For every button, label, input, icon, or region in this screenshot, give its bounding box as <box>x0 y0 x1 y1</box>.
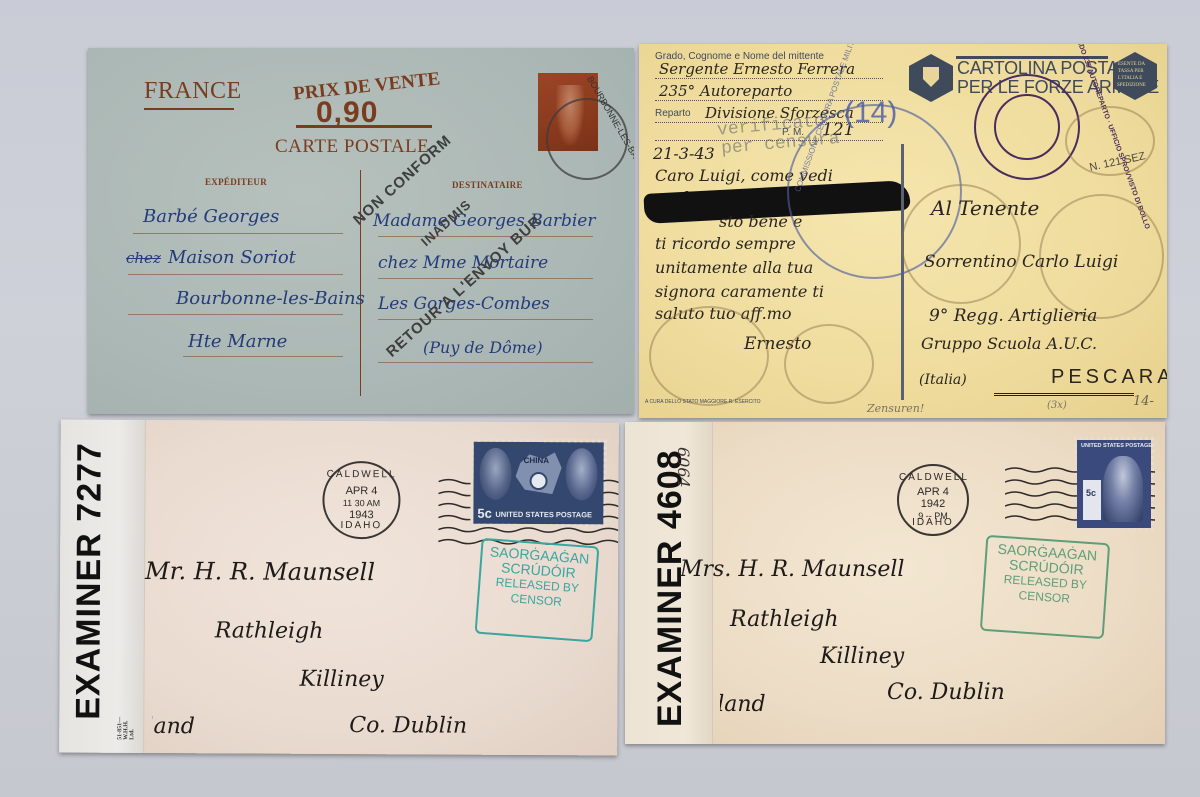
country-label: FRANCE <box>144 78 242 105</box>
recipient-city: PESCARA <box>1051 366 1167 389</box>
irish-censor-stamp: SAORĠAAĠAN SCRÚDÓIR RELEASED BY CENSOR <box>980 535 1110 639</box>
censored-envelope-1943: EXAMINER 7277 51-851—W.H.H. Ltd. CALDWEL… <box>59 420 619 756</box>
recipient-name: Sorrentino Carlo Luigi <box>924 252 1118 272</box>
sun-emblem-icon <box>530 472 548 490</box>
examiner-tape: EXAMINER 7277 51-851—W.H.H. Ltd. <box>59 420 146 753</box>
savoy-crest-icon <box>909 54 953 102</box>
value-tablet: 5c <box>1083 480 1101 520</box>
sender-region: Hte Marne <box>188 331 287 352</box>
printer-footer: A CURA DELLO STATO MAGGIORE R. ESERCITO <box>645 399 761 405</box>
recipient-care-of: chez Mme Mortaire <box>378 253 548 273</box>
address-name: Mrs. H. R. Maunsell <box>680 557 904 582</box>
stamp-value: 5c <box>477 506 492 521</box>
examiner-label: EXAMINER 7277 <box>69 442 109 720</box>
address-house: Rathleigh <box>215 618 324 644</box>
us-china-stamp: CHINA 5c UNITED STATES POSTAGE <box>473 442 603 525</box>
address-town: Killiney <box>299 667 383 692</box>
recipient-regiment: 9° Regg. Artiglieria <box>929 306 1097 326</box>
country-underline <box>144 108 234 110</box>
recipient-label: DESTINATAIRE <box>452 180 523 190</box>
pencil-number: 6064 <box>674 447 693 488</box>
portrait-icon <box>1103 456 1143 522</box>
address-name: Mr. H. R. Maunsell <box>145 557 375 586</box>
address-county: Co. Dublin <box>349 713 467 739</box>
sender-name: Sergente Ernesto Ferrera <box>659 60 855 78</box>
examiner-label: EXAMINER 4608 <box>651 449 690 727</box>
recipient-country: (Italia) <box>919 372 967 388</box>
card-title-line1: CARTOLINA POSTALE <box>957 58 1140 79</box>
card-divider <box>360 170 361 396</box>
pencil-note: (3x) <box>1047 400 1067 411</box>
examiner-tape: EXAMINER 4608 <box>625 422 713 744</box>
sender-unit: 235° Autoreparto <box>659 82 792 100</box>
recipient-title: Al Tenente <box>931 196 1039 220</box>
irish-censor-stamp: SAORĠAAĠAN SCRÚDÓIR RELEASED BY CENSOR <box>475 538 600 643</box>
message-line: unitamente alla tua <box>655 258 813 277</box>
sender-street: Maison Soriot <box>168 247 296 268</box>
french-postcard: FRANCE PRIX DE VENTE 0,90 CARTE POSTALE … <box>88 48 634 414</box>
stamp-country-label: UNITED STATES POSTAGE <box>495 510 592 520</box>
city-underline <box>994 393 1134 396</box>
card-title: CARTE POSTALE <box>275 136 429 158</box>
address-house: Rathleigh <box>730 607 839 632</box>
message-line: signora caramente ti <box>655 282 824 301</box>
caldwell-postmark: CALDWELL APR 4 11 30 AM 1943 IDAHO <box>322 461 400 539</box>
violet-unit-cancel: COMANDO 235 AUTOREPARTO · UFFICIO SPROVV… <box>974 74 1080 180</box>
caldwell-postmark: CALDWELL APR 4 1942 9 -- PM IDAHO <box>897 464 969 536</box>
address-line <box>128 314 343 315</box>
price-underline <box>296 125 432 128</box>
message-date: 21-3-43 <box>653 144 715 163</box>
censored-envelope-1942: EXAMINER 4608 6064 CALDWELL APR 4 1942 9… <box>625 422 1165 744</box>
address-town: Killiney <box>820 644 904 669</box>
address-county: Co. Dublin <box>887 680 1005 705</box>
pencil-note: 14- <box>1133 394 1154 409</box>
address-line <box>378 362 593 363</box>
sender-town: Bourbonne-les-Bains <box>176 288 365 309</box>
portrait-lincoln-icon <box>479 448 511 500</box>
sender-name: Barbé Georges <box>143 206 279 227</box>
sez-cancel: N. 121 SEZ <box>1065 106 1155 176</box>
shield-icon <box>923 67 939 87</box>
inner-ring <box>994 94 1060 160</box>
address-line <box>133 233 343 234</box>
recipient-region: (Puy de Dôme) <box>423 338 543 357</box>
pencil-note: Zensuren! <box>867 402 924 415</box>
unit-label: Reparto <box>655 108 691 119</box>
address-line <box>183 356 343 357</box>
recipient-name: Madame Georges Barbier <box>373 211 595 231</box>
portrait-sun-yatsen-icon <box>565 448 597 500</box>
message-line: ti ricordo sempre <box>655 234 796 253</box>
faint-cancel <box>649 306 769 406</box>
printer-note: 51-851—W.H.H. Ltd. <box>117 714 135 740</box>
french-postmark: BOURBONNE-LES-BAINS · 7-40 <box>546 98 628 180</box>
address-line <box>128 274 343 275</box>
faint-cancel <box>784 324 874 404</box>
stamp-country-label: UNITED STATES POSTAGE <box>1081 443 1152 449</box>
sender-struck-word: chez <box>126 249 161 267</box>
recipient-group: Gruppo Scuola A.U.C. <box>921 334 1097 353</box>
us-famous-americans-stamp: UNITED STATES POSTAGE 5c <box>1077 440 1151 528</box>
address-line <box>378 319 593 320</box>
sender-label: EXPÉDITEUR <box>205 177 267 187</box>
dotted-line <box>655 78 883 79</box>
italian-military-postcard: Grado, Cognome e Nome del mittente Serge… <box>639 44 1167 418</box>
address-line <box>378 236 593 237</box>
